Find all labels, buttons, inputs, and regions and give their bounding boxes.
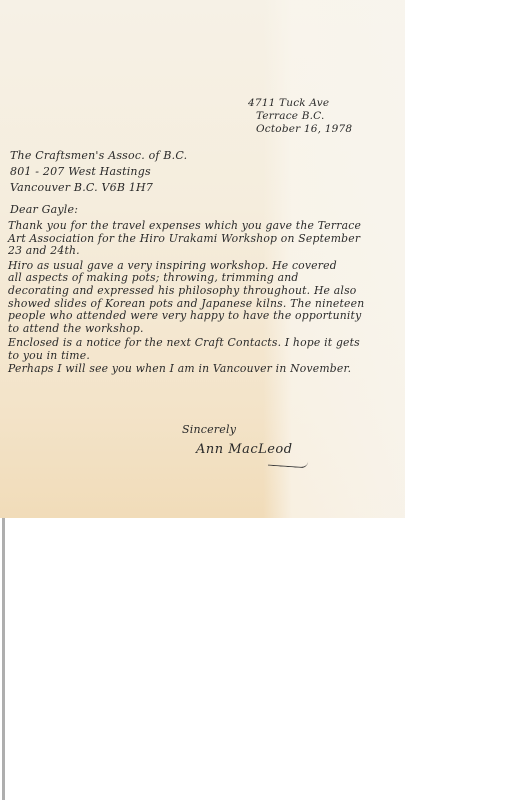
paragraph-workshop: Hiro as usual gave a very inspiring work… xyxy=(8,260,403,336)
paragraph-enclosure: Enclosed is a notice for the next Craft … xyxy=(8,337,403,362)
body-line: to you in time. xyxy=(8,350,403,363)
paragraph-closing-remark: Perhaps I will see you when I am in Vanc… xyxy=(8,363,403,376)
closing: Sincerely xyxy=(182,423,236,436)
scanned-page: 4711 Tuck Ave Terrace B.C. October 16, 1… xyxy=(0,0,518,800)
scan-edge-line xyxy=(2,518,5,800)
signature-flourish xyxy=(268,459,308,469)
body-line: people who attended were very happy to h… xyxy=(8,310,403,323)
sender-city: Terrace B.C. xyxy=(256,110,352,123)
sender-street: 4711 Tuck Ave xyxy=(248,97,352,110)
body-line: decorating and expressed his philosophy … xyxy=(8,285,403,298)
salutation: Dear Gayle: xyxy=(10,203,78,216)
body-line: to attend the workshop. xyxy=(8,323,403,336)
recipient-org: The Craftsmen's Assoc. of B.C. xyxy=(10,148,187,164)
letter-date: October 16, 1978 xyxy=(256,123,352,136)
recipient-city: Vancouver B.C. V6B 1H7 xyxy=(10,180,187,196)
signature: Ann MacLeod xyxy=(196,443,293,456)
body-line: Thank you for the travel expenses which … xyxy=(8,220,403,233)
sender-address: 4711 Tuck Ave Terrace B.C. October 16, 1… xyxy=(248,97,352,136)
recipient-address: The Craftsmen's Assoc. of B.C. 801 - 207… xyxy=(10,148,187,196)
letter-paper: 4711 Tuck Ave Terrace B.C. October 16, 1… xyxy=(0,0,405,518)
body-line: Perhaps I will see you when I am in Vanc… xyxy=(8,363,403,376)
recipient-street: 801 - 207 West Hastings xyxy=(10,164,187,180)
paragraph-thanks: Thank you for the travel expenses which … xyxy=(8,220,403,258)
body-line: 23 and 24th. xyxy=(8,245,403,258)
letter-body: Thank you for the travel expenses which … xyxy=(8,220,403,375)
